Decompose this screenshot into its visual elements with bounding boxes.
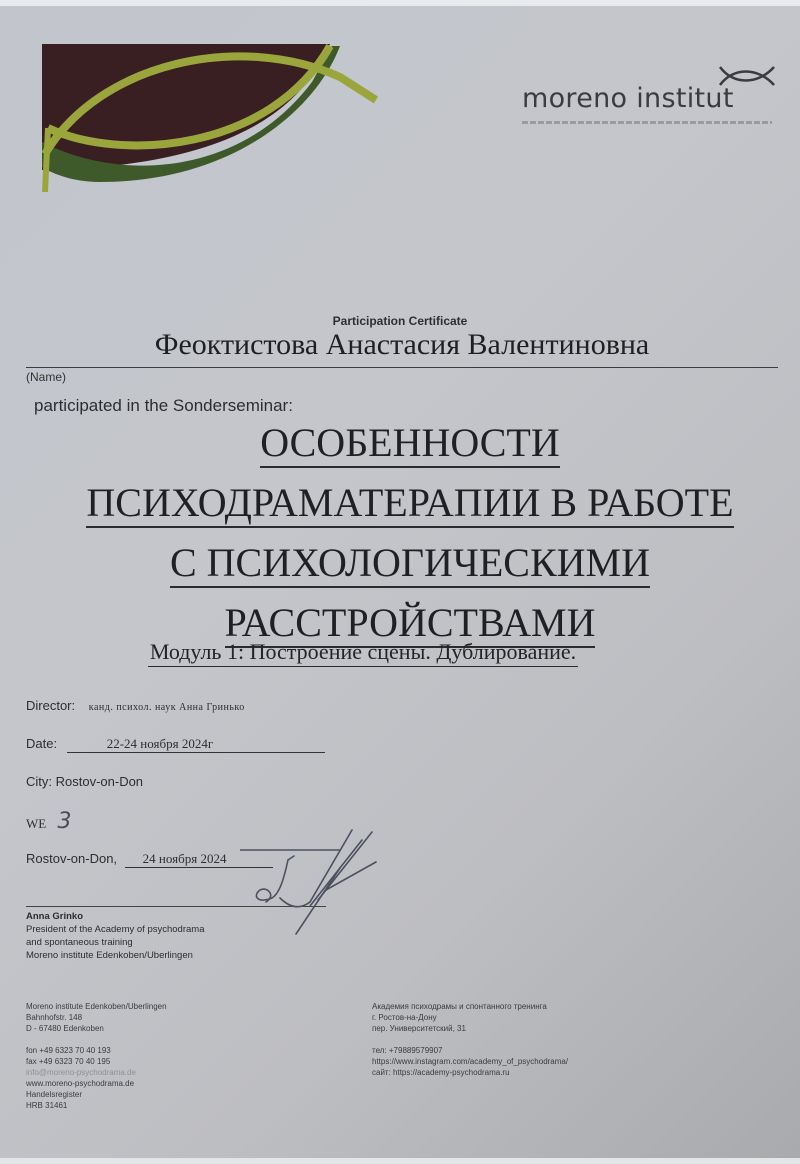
- city-field: City: Rostov-on-Don: [26, 774, 143, 789]
- participant-name: Феоктистова Анастасия Валентиновна: [26, 328, 778, 368]
- signature-icon: [240, 818, 390, 938]
- footer-address-line: Moreno institute Edenkoben/Uberlingen: [26, 1001, 167, 1012]
- director-label: Director:: [26, 698, 75, 713]
- seminar-title-line: ПСИХОДРАМАТЕРАПИИ В РАБОТЕ: [86, 480, 733, 528]
- signatory-title-line: Moreno institute Edenkoben/Uberlingen: [26, 949, 205, 962]
- footer-register: Handelsregister: [26, 1089, 167, 1100]
- footer-address-line: Академия психодрамы и спонтанного тренин…: [372, 1001, 568, 1012]
- signatory-block: Anna Grinko President of the Academy of …: [26, 910, 205, 962]
- we-value: 3: [57, 809, 71, 834]
- footer-register-number: HRB 31461: [26, 1100, 167, 1111]
- module-line: Модуль 1: Построение сцены. Дублирование…: [0, 639, 726, 665]
- footer-email-link[interactable]: info@moreno-psychodrama.de: [26, 1067, 167, 1078]
- certificate-page: moreno institut Participation Certificat…: [0, 6, 800, 1158]
- place-label: Rostov-on-Don,: [26, 851, 117, 866]
- date-label: Date:: [26, 736, 57, 751]
- name-underline: [26, 367, 778, 368]
- footer-address-line: г. Ростов-на-Дону: [372, 1012, 568, 1023]
- date-value: 22-24 ноября 2024г: [67, 736, 325, 753]
- director-field: Director: канд. психол. наук Анна Гриньк…: [26, 698, 245, 713]
- date-field: Date: 22-24 ноября 2024г: [26, 736, 325, 753]
- footer-address-line: Bahnhofstr. 148: [26, 1012, 167, 1023]
- academy-fish-logo-icon: [40, 42, 380, 202]
- seminar-title-line: ОСОБЕННОСТИ: [260, 420, 560, 468]
- we-label: WE: [26, 816, 46, 831]
- participated-text: participated in the Sonderseminar:: [34, 396, 293, 416]
- signatory-title-line: and spontaneous training: [26, 936, 205, 949]
- seminar-title-line: С ПСИХОЛОГИЧЕСКИМИ: [170, 540, 650, 588]
- signatory-title-line: President of the Academy of psychodrama: [26, 923, 205, 936]
- footer-instagram-link[interactable]: https://www.instagram.com/academy_of_psy…: [372, 1056, 568, 1067]
- footer-fax: fax +49 6323 70 40 195: [26, 1056, 167, 1067]
- moreno-institut-wordmark: moreno institut: [522, 83, 734, 114]
- signatory-name: Anna Grinko: [26, 911, 83, 922]
- page-edge: [0, 1158, 800, 1164]
- name-caption: (Name): [26, 370, 66, 384]
- footer-website-link[interactable]: сайт: https://academy-psychodrama.ru: [372, 1067, 568, 1078]
- footer-right: Академия психодрамы и спонтанного тренин…: [372, 1001, 568, 1078]
- place-date-field: Rostov-on-Don, 24 ноября 2024: [26, 851, 273, 868]
- footer-phone: fon +49 6323 70 40 193: [26, 1045, 167, 1056]
- footer-website-link[interactable]: www.moreno-psychodrama.de: [26, 1078, 167, 1089]
- moreno-institut-logo: moreno institut: [520, 61, 775, 131]
- module-title: Модуль 1: Построение сцены. Дублирование…: [148, 639, 578, 667]
- certificate-label: Participation Certificate: [0, 314, 800, 328]
- footer-address-line: пер. Университетский, 31: [372, 1023, 568, 1034]
- director-value: канд. психол. наук Анна Гринько: [89, 702, 245, 713]
- footer-address-line: D - 67480 Edenkoben: [26, 1023, 167, 1034]
- moreno-tagline: [522, 121, 772, 124]
- we-field: WE 3: [26, 809, 71, 834]
- footer-phone: тел: +79889579907: [372, 1045, 568, 1056]
- seminar-title: ОСОБЕННОСТИ ПСИХОДРАМАТЕРАПИИ В РАБОТЕ С…: [20, 416, 800, 656]
- footer-left: Moreno institute Edenkoben/Uberlingen Ba…: [26, 1001, 167, 1111]
